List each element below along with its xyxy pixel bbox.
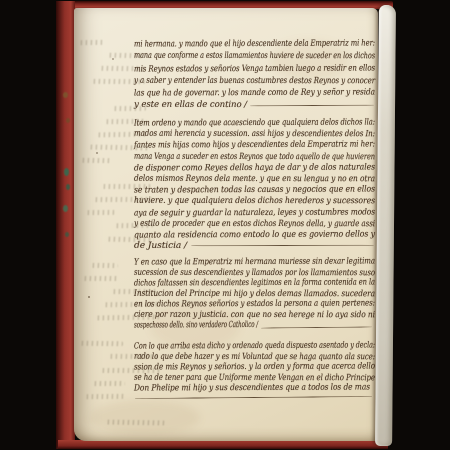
line-text: sucession de sus descendientes y llamado… [134,268,375,278]
manuscript-line: mis Reynos estados y señorios Venga tamb… [134,62,375,75]
line-text: y este en ellas de contino / [134,100,247,110]
manuscript-line: sucession de sus descendientes y llamado… [134,267,375,278]
book-cover-spine-left [56,1,75,449]
ghost-text-row [106,419,165,425]
line-text: mana Venga a suceder en estos Reynos que… [134,151,375,161]
line-text: sospechosso dello. sino verdadero Cathol… [134,320,258,331]
manuscript-line: dichos faltassen sin descendientes legit… [134,277,375,289]
manuscript-line: Institucion del Principe mi hijo y delos… [134,288,375,299]
manuscript-line: delos mismos Reynos dela mente. y que en… [134,173,375,185]
manuscript-line: en los dichos Reynos señorios y estados … [134,298,375,310]
page-fore-edge [375,5,396,446]
marbling-speck [65,232,69,237]
manuscript-line: mana que conforme a estos llamamientos h… [134,50,375,63]
manuscript-line: huviere. y que qualquiera delos dichos h… [134,195,375,207]
line-text: Don Phelipe mi hijo y sus descendientes … [134,383,370,394]
ghost-text-row [81,158,112,163]
manuscript-line: sospechosso dello. sino verdadero Cathol… [134,319,375,331]
line-text: ssion de mis Reynos y señorios. y la ord… [134,362,375,373]
manuscript-line: de disponer como Reyes dellos haya de da… [134,161,375,173]
paragraph-2: Item ordeno y mando que acaesciendo que … [134,117,375,251]
paragraph-1: mi hermana. y mando que el hijo descendi… [134,38,375,112]
manuscript-line: Don Phelipe mi hijo y sus descendientes … [134,383,375,395]
line-text: las que ha de governar. y los mande como… [134,88,375,99]
line-text: ciere por razon y justicia. con que no s… [134,310,375,320]
line-text: fantes mis hijas como hijos y descendien… [134,139,375,150]
ghost-text-row [86,210,115,215]
line-text: mis Reynos estados y señorios Venga tamb… [134,63,375,74]
paragraph-4: Con lo que arriba esta dicho y ordenado … [134,341,375,394]
line-text: de Justicia / [134,240,187,250]
line-text: Con lo que arriba esta dicho y ordenado … [134,341,375,352]
ink-speck [96,152,98,154]
ghost-text-row [79,40,105,45]
ghost-text-row [83,276,119,281]
manuscript-line: mana Venga a suceder en estos Reynos que… [134,150,375,162]
line-text: huviere. y que qualquiera delos dichos h… [134,196,375,206]
ghost-text-row [85,393,126,398]
line-text: rado lo que debe hazer y es mi Voluntad … [134,352,375,362]
line-text: en los dichos Reynos señorios y estados … [134,299,375,310]
book-cover-bottom-edge [58,440,388,449]
ink-speck [112,58,114,60]
line-text: Y en caso que la Emperatriz mi hermana m… [134,257,375,268]
line-text: y a saber y entender las buenas costumbr… [134,76,375,86]
marbling-speck [63,205,68,212]
line-text: Item ordeno y mando que acaesciendo que … [134,117,375,128]
manuscript-line: quanto ala residencia como entodo lo que… [134,228,375,240]
paragraph-3: Y en caso que la Emperatriz mi hermana m… [134,257,375,331]
line-text: mados ami herencia y sucession. assi hij… [134,129,375,139]
manuscript-line: y estilo de proceder que en estos dichos… [134,217,375,229]
line-text: y estilo de proceder que en estos dichos… [134,218,375,228]
marbling-speck [66,184,70,190]
ghost-text-row [93,381,125,386]
line-text: mana que conforme a estos llamamientos h… [134,51,375,61]
line-text: dichos faltassen sin descendientes legit… [134,278,375,289]
line-text: se traten y despachen todas las causas y… [134,184,375,195]
ghost-text-row [91,263,118,268]
manuscript-line: ciere por razon y justicia. con que no s… [134,309,375,320]
photograph-of-manuscript: mi hermana. y mando que el hijo descendi… [0,0,450,450]
line-text: aya de seguir y guardar la naturaleza, l… [134,207,375,218]
line-text: de disponer como Reyes dellos haya de da… [134,162,375,173]
manuscript-line: aya de seguir y guardar la naturaleza, l… [134,206,375,218]
line-text: mi hermana. y mando que el hijo descendi… [134,39,375,50]
marbling-speck [66,118,70,123]
manuscript-line: mi hermana. y mando que el hijo descendi… [134,37,375,50]
manuscript-line: Y en caso que la Emperatriz mi hermana m… [134,256,375,268]
marbling-speck [64,168,69,176]
line-text: delos mismos Reynos dela mente. y que en… [134,173,375,183]
marbling-speck [63,92,68,98]
line-text: quanto ala residencia como entodo lo que… [134,229,375,240]
ink-speck [88,296,90,298]
foxing-blotch [90,400,200,435]
manuscript-line: Con lo que arriba esta dicho y ordenado … [134,340,375,352]
line-text: Institucion del Principe mi hijo y delos… [134,289,375,299]
manuscript-line: fantes mis hijas como hijos y descendien… [134,139,375,151]
manuscript-line: y a saber y entender las buenas costumbr… [134,75,375,88]
ghost-text-row [80,341,123,346]
manuscript-line: ssion de mis Reynos y señorios. y la ord… [134,362,375,374]
